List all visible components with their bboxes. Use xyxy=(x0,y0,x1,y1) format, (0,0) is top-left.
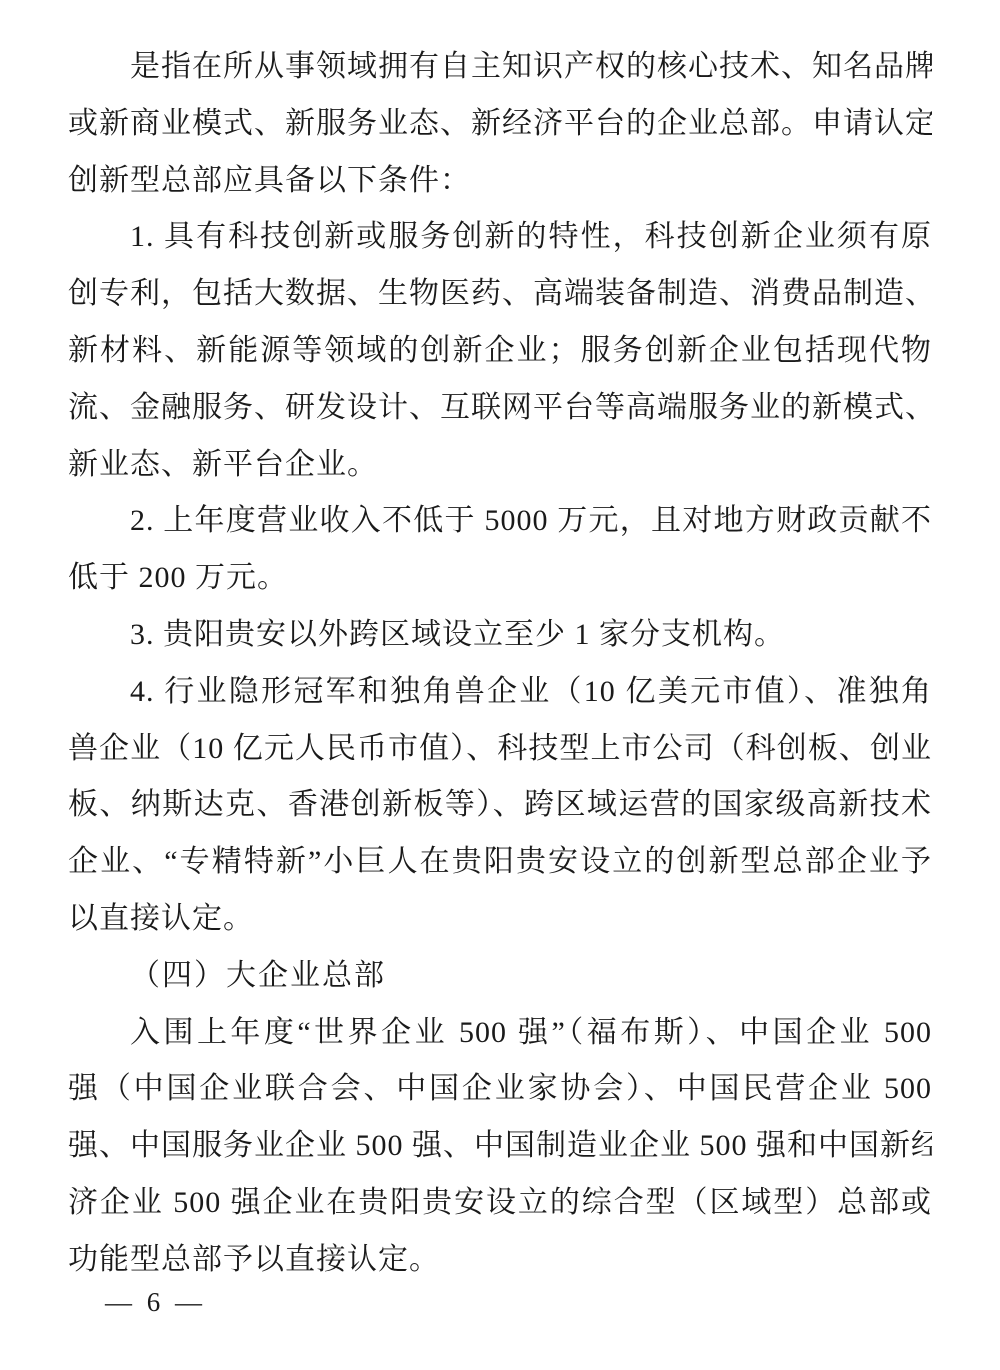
document-line: 3. 贵阳贵安以外跨区域设立至少 1 家分支机构。 xyxy=(68,607,932,664)
document-line: 功能型总部予以直接认定。 xyxy=(68,1232,932,1289)
document-line: 创专利，包括大数据、生物医药、高端装备制造、消费品制造、 xyxy=(68,266,932,323)
document-body: 是指在所从事领域拥有自主知识产权的核心技术、知名品牌 或新商业模式、新服务业态、… xyxy=(68,39,932,1289)
document-line: 流、金融服务、研发设计、互联网平台等高端服务业的新模式、 xyxy=(68,380,932,437)
document-line: 或新商业模式、新服务业态、新经济平台的企业总部。申请认定 xyxy=(68,96,932,153)
document-line: 4. 行业隐形冠军和独角兽企业（10 亿美元市值）、准独角 xyxy=(68,664,932,721)
page-number: — 6 — xyxy=(105,1284,206,1320)
document-line: 新业态、新平台企业。 xyxy=(68,437,932,494)
document-line: 新材料、新能源等领域的创新企业；服务创新企业包括现代物 xyxy=(68,323,932,380)
document-line: 企业、“专精特新”小巨人在贵阳贵安设立的创新型总部企业予 xyxy=(68,834,932,891)
document-line: 兽企业（10 亿元人民币市值）、科技型上市公司（科创板、创业 xyxy=(68,721,932,778)
section-heading: （四）大企业总部 xyxy=(68,948,932,1005)
document-line: 以直接认定。 xyxy=(68,891,932,948)
document-line: 入围上年度“世界企业 500 强”（福布斯）、中国企业 500 xyxy=(68,1005,932,1062)
document-line: 是指在所从事领域拥有自主知识产权的核心技术、知名品牌 xyxy=(68,39,932,96)
document-line: 济企业 500 强企业在贵阳贵安设立的综合型（区域型）总部或 xyxy=(68,1175,932,1232)
document-line: 板、纳斯达克、香港创新板等）、跨区域运营的国家级高新技术 xyxy=(68,777,932,834)
document-line: 强、中国服务业企业 500 强、中国制造业企业 500 强和中国新经 xyxy=(68,1118,932,1175)
document-line: 强（中国企业联合会、中国企业家协会）、中国民营企业 500 xyxy=(68,1061,932,1118)
document-line: 低于 200 万元。 xyxy=(68,550,932,607)
document-line: 2. 上年度营业收入不低于 5000 万元，且对地方财政贡献不 xyxy=(68,493,932,550)
document-line: 创新型总部应具备以下条件： xyxy=(68,153,932,210)
document-page: 是指在所从事领域拥有自主知识产权的核心技术、知名品牌 或新商业模式、新服务业态、… xyxy=(0,0,1000,1370)
document-line: 1. 具有科技创新或服务创新的特性，科技创新企业须有原 xyxy=(68,209,932,266)
